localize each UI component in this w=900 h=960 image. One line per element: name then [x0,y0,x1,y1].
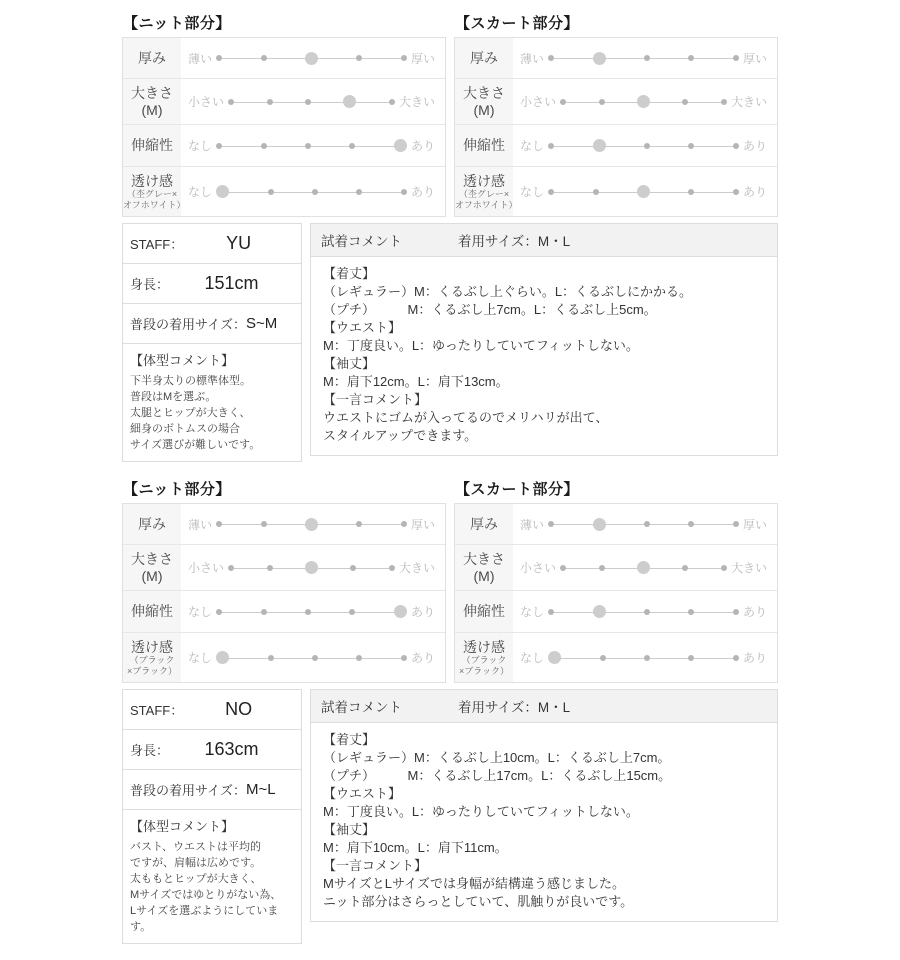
scale-max-label: あり [411,649,435,666]
scale-dot [268,189,274,195]
rating-table: 厚み 薄い 厚い 大きさ (M) 小さい 大きい [122,503,446,683]
scale-dot [305,143,311,149]
staff-table: STAFF： YU 身長： 151cm 普段の着用サイズ： S~M 【体型コメン… [122,223,302,462]
rating-scale: なし あり [181,591,445,632]
staff-label: STAFF： [130,234,183,253]
fitting-comment-body: 【着丈】 （レギュラー）M：くるぶし上ぐらい。L：くるぶしにかかる。 （プチ） … [311,257,777,455]
scale-dot [721,565,727,571]
staff-name: NO [183,699,294,720]
fitting-comment-header: 試着コメント 着用サイズ：M・L [311,690,777,723]
rating-label: 厚み [470,516,498,532]
rating-scale: 薄い 厚い [181,504,445,544]
staff-row: STAFF： NO [123,690,301,730]
scale-dot-selected [593,139,606,152]
scale-dot [312,655,318,661]
scale-dot-selected [548,651,561,664]
rating-dots [548,51,739,65]
rating-scale: なし あり [513,591,777,632]
scale-min-label: なし [188,137,212,154]
scale-dot [261,521,267,527]
scale-dot-selected [593,605,606,618]
scale-max-label: あり [743,137,767,154]
rating-label: 透け感 [463,639,505,655]
scale-dot [401,189,407,195]
fitting-comment-title: 試着コメント [321,696,402,716]
scale-dot [356,655,362,661]
fitting-review-section-2: 【ニット部分】 厚み 薄い 厚い 大きさ (M) 小さい [122,478,778,944]
scale-dot [733,609,739,615]
rating-dots [560,561,727,575]
scale-min-label: なし [188,183,212,200]
scale-min-label: 小さい [188,93,224,110]
scale-dot [733,143,739,149]
scale-dot [267,565,273,571]
scale-max-label: 大きい [399,559,435,576]
rating-sublabel: （杢グレー× オフホワイト） [455,189,513,210]
rating-sublabel: （杢グレー× オフホワイト） [123,189,181,210]
rating-dots [548,605,739,619]
staff-name: YU [183,233,294,254]
rating-scale: 薄い 厚い [181,38,445,78]
height-value: 151cm [169,273,294,294]
scale-dot [688,521,694,527]
scale-dot [401,655,407,661]
scale-dot-selected [394,605,407,618]
scale-dot [560,565,566,571]
body-type-comment-text: バスト、ウエストは平均的 ですが、肩幅は広めです。 太ももとヒップが大きく、 M… [130,839,294,935]
rating-row: 透け感 （ブラック ×ブラック） なし あり [455,633,777,682]
rating-dots [216,139,407,153]
rating-label: 伸縮性 [463,137,505,153]
scale-dot [350,565,356,571]
scale-max-label: 大きい [731,93,767,110]
scale-dot [548,521,554,527]
scale-max-label: 厚い [411,516,435,533]
scale-dot [733,55,739,61]
panel-title: 【スカート部分】 [455,478,778,498]
scale-dot [305,99,311,105]
scale-dot [349,609,355,615]
rating-scale: 小さい 大きい [513,79,777,124]
rating-row: 大きさ (M) 小さい 大きい [455,79,777,125]
scale-dot [356,189,362,195]
height-row: 身長： 163cm [123,730,301,770]
scale-min-label: なし [520,603,544,620]
rating-row: 伸縮性 なし あり [455,591,777,633]
scale-dot-selected [593,52,606,65]
scale-min-label: 小さい [520,559,556,576]
rating-label: 大きさ (M) [463,85,505,117]
rating-table: 厚み 薄い 厚い 大きさ (M) 小さい 大きい [122,37,446,217]
rating-dots [216,651,407,665]
rating-dots [548,185,739,199]
scale-max-label: 大きい [399,93,435,110]
rating-label: 伸縮性 [131,603,173,619]
rating-scale: 薄い 厚い [513,504,777,544]
rating-sublabel: （ブラック ×ブラック） [127,655,177,676]
usual-size-value: M~L [246,781,276,798]
scale-min-label: 小さい [188,559,224,576]
rating-scale: なし あり [513,633,777,682]
scale-dot [305,609,311,615]
rating-scale: 小さい 大きい [181,79,445,124]
scale-dot [267,99,273,105]
scale-min-label: なし [188,649,212,666]
scale-max-label: あり [411,603,435,620]
rating-row: 厚み 薄い 厚い [455,504,777,545]
scale-dot [216,143,222,149]
rating-row: 大きさ (M) 小さい 大きい [123,79,445,125]
scale-dot [600,655,606,661]
scale-dot-selected [593,518,606,531]
height-value: 163cm [169,739,294,760]
scale-dot [356,55,362,61]
rating-row: 伸縮性 なし あり [123,591,445,633]
rating-sublabel: （ブラック ×ブラック） [459,655,509,676]
scale-dot [644,143,650,149]
fitting-comment-body: 【着丈】 （レギュラー）M：くるぶし上10cm。L：くるぶし上7cm。 （プチ）… [311,723,777,921]
scale-dot [721,99,727,105]
scale-dot [356,521,362,527]
rating-label: 厚み [470,50,498,66]
scale-dot-selected [637,561,650,574]
rating-scale: なし あり [181,633,445,682]
rating-label: 大きさ (M) [131,85,173,117]
body-type-comment-title: 【体型コメント】 [130,350,294,369]
scale-min-label: 薄い [520,50,544,67]
scale-dot [349,143,355,149]
scale-dot [268,655,274,661]
usual-size-row: 普段の着用サイズ： M~L [123,770,301,810]
worn-size: 着用サイズ：M・L [458,696,570,716]
height-label: 身長： [130,740,169,759]
rating-label: 厚み [138,50,166,66]
fitting-comment: 試着コメント 着用サイズ：M・L 【着丈】 （レギュラー）M：くるぶし上ぐらい。… [310,223,778,456]
scale-max-label: 厚い [743,50,767,67]
rating-dots [216,185,407,199]
rating-dots [216,605,407,619]
scale-dot [216,55,222,61]
body-type-comment-title: 【体型コメント】 [130,816,294,835]
rating-label: 厚み [138,516,166,532]
usual-size-label: 普段の着用サイズ： [130,780,246,799]
rating-dots [228,95,395,109]
rating-row: 厚み 薄い 厚い [455,38,777,79]
scale-dot-selected [305,561,318,574]
rating-label: 透け感 [463,173,505,189]
staff-row: STAFF： YU [123,224,301,264]
usual-size-value: S~M [246,315,277,332]
scale-min-label: 小さい [520,93,556,110]
rating-label: 伸縮性 [131,137,173,153]
rating-row: 透け感 （杢グレー× オフホワイト） なし あり [123,167,445,216]
scale-min-label: 薄い [188,516,212,533]
scale-dot [733,655,739,661]
scale-max-label: あり [743,603,767,620]
usual-size-label: 普段の着用サイズ： [130,314,246,333]
knit-panel: 【ニット部分】 厚み 薄い 厚い 大きさ (M) 小さい [122,12,446,217]
scale-dot [644,55,650,61]
rating-table: 厚み 薄い 厚い 大きさ (M) 小さい 大きい [454,503,778,683]
rating-label: 大きさ (M) [131,551,173,583]
scale-max-label: 厚い [743,516,767,533]
panel-title: 【ニット部分】 [123,478,446,498]
fitting-comment: 試着コメント 着用サイズ：M・L 【着丈】 （レギュラー）M：くるぶし上10cm… [310,689,778,922]
rating-table: 厚み 薄い 厚い 大きさ (M) 小さい 大きい [454,37,778,217]
scale-dot-selected [637,95,650,108]
rating-label: 透け感 [131,173,173,189]
scale-min-label: なし [520,137,544,154]
scale-max-label: あり [411,183,435,200]
scale-dot [688,189,694,195]
scale-min-label: なし [188,603,212,620]
rating-scale: なし あり [513,167,777,216]
rating-row: 伸縮性 なし あり [455,125,777,167]
rating-row: 伸縮性 なし あり [123,125,445,167]
rating-row: 厚み 薄い 厚い [123,38,445,79]
scale-dot [682,99,688,105]
body-type-comment-text: 下半身太りの標準体型。 普段はMを選ぶ。 太腿とヒップが大きく、 細身のボトムス… [130,373,294,453]
rating-label: 大きさ (M) [463,551,505,583]
scale-min-label: 薄い [520,516,544,533]
rating-dots [548,651,739,665]
scale-dot [688,55,694,61]
scale-max-label: 大きい [731,559,767,576]
rating-row: 厚み 薄い 厚い [123,504,445,545]
rating-dots [548,139,739,153]
scale-max-label: 厚い [411,50,435,67]
scale-dot [688,609,694,615]
scale-dot [216,609,222,615]
height-row: 身長： 151cm [123,264,301,304]
scale-dot [228,99,234,105]
scale-dot-selected [216,651,229,664]
scale-max-label: あり [411,137,435,154]
scale-max-label: あり [743,649,767,666]
body-type-comment: 【体型コメント】 下半身太りの標準体型。 普段はMを選ぶ。 太腿とヒップが大きく… [123,344,301,461]
scale-dot [312,189,318,195]
scale-dot [389,565,395,571]
rating-dots [560,95,727,109]
knit-panel: 【ニット部分】 厚み 薄い 厚い 大きさ (M) 小さい [122,478,446,683]
scale-dot [401,521,407,527]
scale-dot-selected [394,139,407,152]
scale-min-label: なし [520,183,544,200]
scale-dot [389,99,395,105]
rating-row: 透け感 （杢グレー× オフホワイト） なし あり [455,167,777,216]
scale-dot [593,189,599,195]
scale-dot [599,565,605,571]
page: 【ニット部分】 厚み 薄い 厚い 大きさ (M) 小さい [122,12,778,960]
scale-dot [261,143,267,149]
scale-dot [560,99,566,105]
fitting-comment-header: 試着コメント 着用サイズ：M・L [311,224,777,257]
skirt-panel: 【スカート部分】 厚み 薄い 厚い 大きさ (M) 小さい [454,12,778,217]
rating-dots [548,517,739,531]
worn-size: 着用サイズ：M・L [458,230,570,250]
scale-dot [644,521,650,527]
rating-dots [216,517,407,531]
scale-dot [644,655,650,661]
scale-dot-selected [343,95,356,108]
scale-min-label: なし [520,649,544,666]
usual-size-row: 普段の着用サイズ： S~M [123,304,301,344]
panel-title: 【ニット部分】 [123,12,446,32]
staff-label: STAFF： [130,700,183,719]
scale-dot-selected [637,185,650,198]
rating-scale: なし あり [513,125,777,166]
rating-row: 大きさ (M) 小さい 大きい [455,545,777,591]
scale-dot [682,565,688,571]
skirt-panel: 【スカート部分】 厚み 薄い 厚い 大きさ (M) 小さい [454,478,778,683]
rating-row: 大きさ (M) 小さい 大きい [123,545,445,591]
rating-dots [228,561,395,575]
fitting-comment-title: 試着コメント [321,230,402,250]
fitting-review-section-1: 【ニット部分】 厚み 薄い 厚い 大きさ (M) 小さい [122,12,778,462]
scale-dot [548,143,554,149]
scale-dot [548,189,554,195]
staff-table: STAFF： NO 身長： 163cm 普段の着用サイズ： M~L 【体型コメン… [122,689,302,944]
scale-dot [688,143,694,149]
body-type-comment: 【体型コメント】 バスト、ウエストは平均的 ですが、肩幅は広めです。 太ももとヒ… [123,810,301,943]
rating-scale: 小さい 大きい [181,545,445,590]
scale-dot [261,55,267,61]
scale-dot [733,521,739,527]
scale-dot [216,521,222,527]
rating-label: 伸縮性 [463,603,505,619]
scale-dot [599,99,605,105]
scale-dot [548,609,554,615]
scale-dot [733,189,739,195]
rating-dots [216,51,407,65]
scale-dot [548,55,554,61]
height-label: 身長： [130,274,169,293]
scale-max-label: あり [743,183,767,200]
rating-scale: なし あり [181,125,445,166]
rating-row: 透け感 （ブラック ×ブラック） なし あり [123,633,445,682]
rating-scale: 小さい 大きい [513,545,777,590]
panel-title: 【スカート部分】 [455,12,778,32]
rating-scale: 薄い 厚い [513,38,777,78]
scale-dot [688,655,694,661]
scale-min-label: 薄い [188,50,212,67]
scale-dot [401,55,407,61]
rating-label: 透け感 [131,639,173,655]
scale-dot-selected [216,185,229,198]
scale-dot [644,609,650,615]
scale-dot [228,565,234,571]
scale-dot-selected [305,518,318,531]
rating-scale: なし あり [181,167,445,216]
scale-dot [261,609,267,615]
scale-dot-selected [305,52,318,65]
